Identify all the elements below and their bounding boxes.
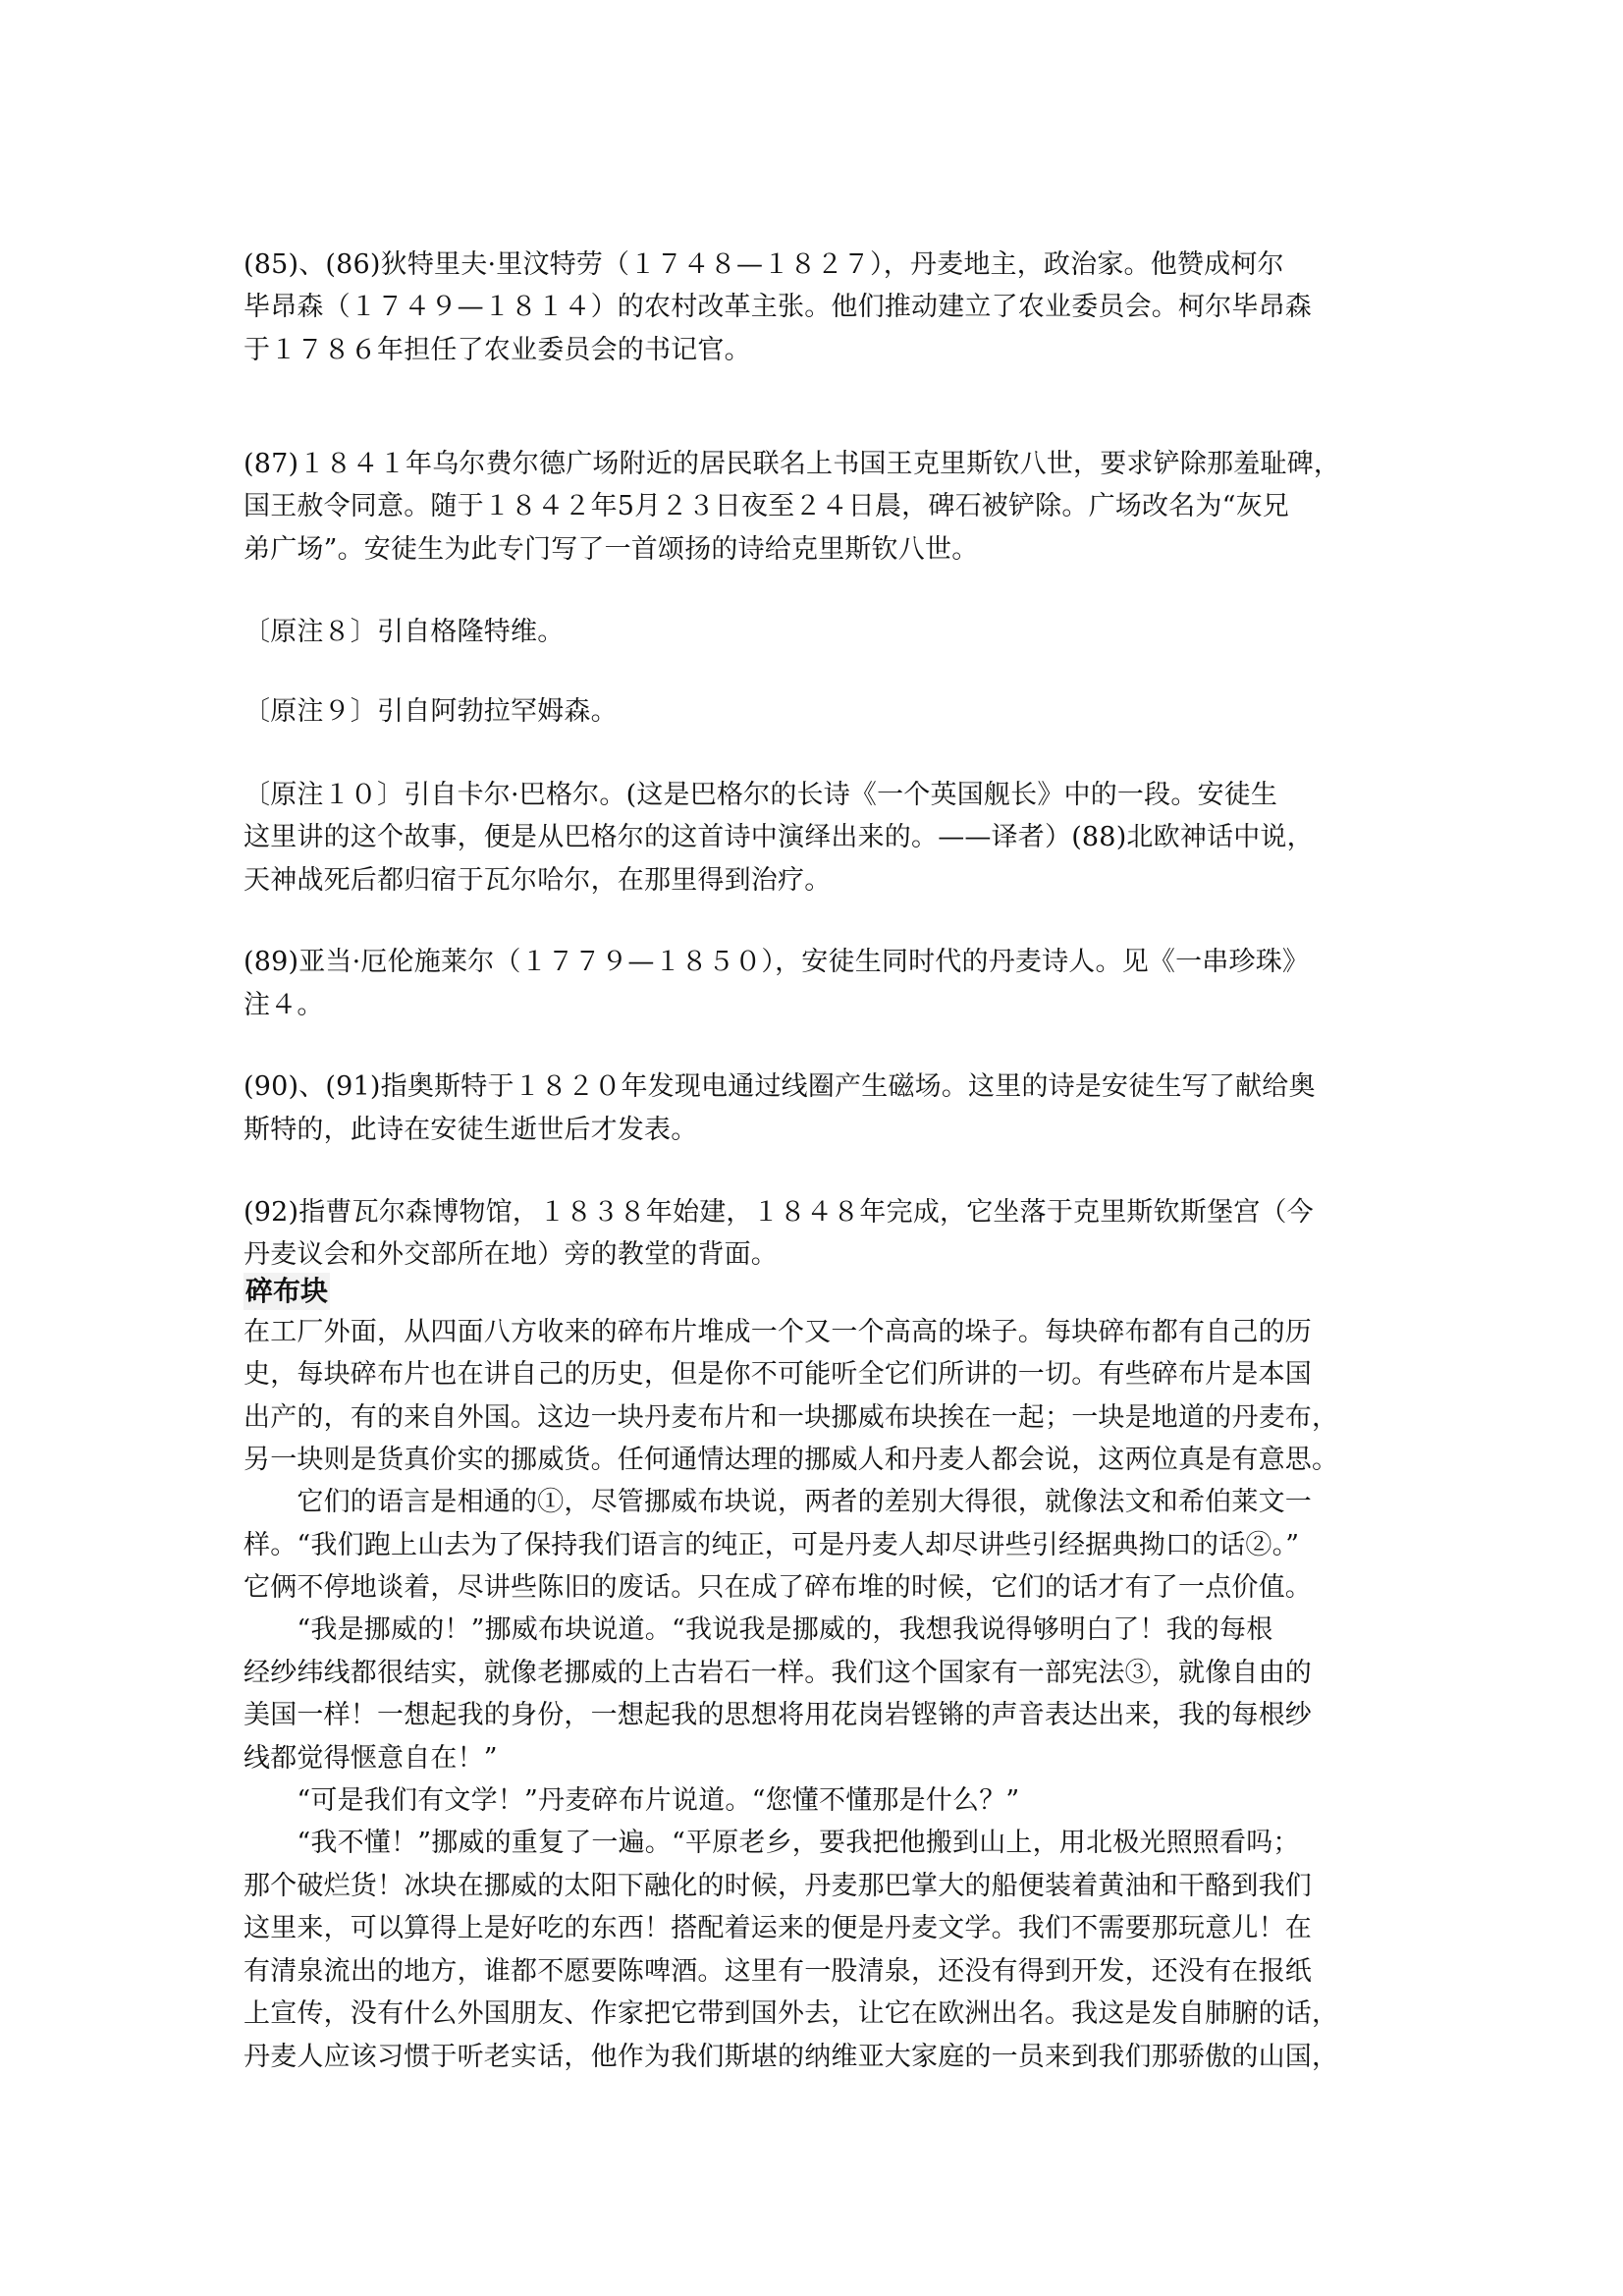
text-line: (90)、(91)指奥斯特于１８２０年发现电通过线圈产生磁场。这里的诗是安徒生写… [243,1066,1316,1108]
text-line: “我是挪威的！”挪威布块说道。“我说我是挪威的，我想我说得够明白了！我的每根 [243,1609,1272,1651]
text-line: 国王赦令同意。随于１８４２年5月２３日夜至２４日晨，碑石被铲除。广场改名为“灰兄 [243,485,1289,527]
text-line: 弟广场”。安徒生为此专门写了一首颂扬的诗给克里斯钦八世。 [243,528,978,571]
text-line: “可是我们有文学！”丹麦碎布片说道。“您懂不懂那是什么？” [243,1779,1019,1822]
text-line: 上宣传，没有什么外国朋友、作家把它带到国外去，让它在欧洲出名。我这是发自肺腑的话… [243,1993,1338,2035]
text-line: 〔原注９〕引自阿勃拉罕姆森。 [243,690,618,733]
text-line: 它们的语言是相通的①，尽管挪威布块说，两者的差别大得很，就像法文和希伯莱文一 [243,1481,1312,1523]
text-line: 天神战死后都归宿于瓦尔哈尔，在那里得到治疗。 [243,859,831,902]
text-line: 这里讲的这个故事，便是从巴格尔的这首诗中演绎出来的。——译者）(88)北欧神话中… [243,816,1314,858]
text-line: 毕昂森（１７４９—１８１４）的农村改革主张。他们推动建立了农业委员会。柯尔毕昂森 [243,286,1312,328]
text-line: (92)指曹瓦尔森博物馆，１８３８年始建，１８４８年完成，它坐落于克里斯钦斯堡宫… [243,1191,1314,1233]
text-line: 样。“我们跑上山去为了保持我们语言的纯正，可是丹麦人却尽讲些引经据典拗口的话②。… [243,1524,1299,1566]
text-line: 有清泉流出的地方，谁都不愿要陈啤酒。这里有一股清泉，还没有得到开发，还没有在报纸 [243,1950,1312,1993]
text-line: 〔原注１０〕引自卡尔·巴格尔。(这是巴格尔的长诗《一个英国舰长》中的一段。安徒生 [243,774,1277,816]
text-line: 这里来，可以算得上是好吃的东西！搭配着运来的便是丹麦文学。我们不需要那玩意儿！在 [243,1907,1312,1949]
text-line: “我不懂！”挪威的重复了一遍。“平原老乡，要我把他搬到山上，用北极光照照看吗； [243,1822,1300,1864]
text-line: 那个破烂货！冰块在挪威的太阳下融化的时候，丹麦那巴掌大的船便装着黄油和干酪到我们 [243,1865,1312,1907]
text-line: 出产的，有的来自外国。这边一块丹麦布片和一块挪威布块挨在一起；一块是地道的丹麦布… [243,1396,1338,1439]
text-line: 另一块则是货真价实的挪威货。任何通情达理的挪威人和丹麦人都会说，这两位真是有意思… [243,1439,1338,1481]
text-line: 经纱纬线都很结实，就像老挪威的上古岩石一样。我们这个国家有一部宪法③，就像自由的 [243,1652,1312,1694]
text-line: 美国一样！一想起我的身份，一想起我的思想将用花岗岩铿锵的声音表达出来，我的每根纱 [243,1694,1312,1736]
text-line: 斯特的，此诗在安徒生逝世后才发表。 [243,1109,697,1151]
text-line: 注４。 [243,984,324,1026]
text-line: 线都觉得惬意自在！” [243,1737,498,1779]
text-line: 在工厂外面，从四面八方收来的碎布片堆成一个又一个高高的垛子。每块碎布都有自己的历 [243,1311,1312,1353]
text-line: 丹麦议会和外交部所在地）旁的教堂的背面。 [243,1233,778,1276]
text-line: (87)１８４１年乌尔费尔德广场附近的居民联名上书国王克里斯钦八世，要求铲除那羞… [243,443,1340,485]
text-line: 〔原注８〕引自格隆特维。 [243,611,564,653]
text-line: 丹麦人应该习惯于听老实话，他作为我们斯堪的纳维亚大家庭的一员来到我们那骄傲的山国… [243,2036,1338,2078]
text-line: 于１７８６年担任了农业委员会的书记官。 [243,329,751,371]
text-line: (89)亚当·厄伦施莱尔（１７７９—１８５０），安徒生同时代的丹麦诗人。见《一串… [243,941,1309,983]
story-title: 碎布块 [243,1273,330,1310]
text-line: 它俩不停地谈着，尽讲些陈旧的废话。只在成了碎布堆的时候，它们的话才有了一点价值。 [243,1566,1312,1609]
text-line: (85)、(86)狄特里夫·里汶特劳（１７４８—１８２７），丹麦地主，政治家。他… [243,244,1284,286]
text-line: 史，每块碎布片也在讲自己的历史，但是你不可能听全它们所讲的一切。有些碎布片是本国 [243,1353,1312,1395]
